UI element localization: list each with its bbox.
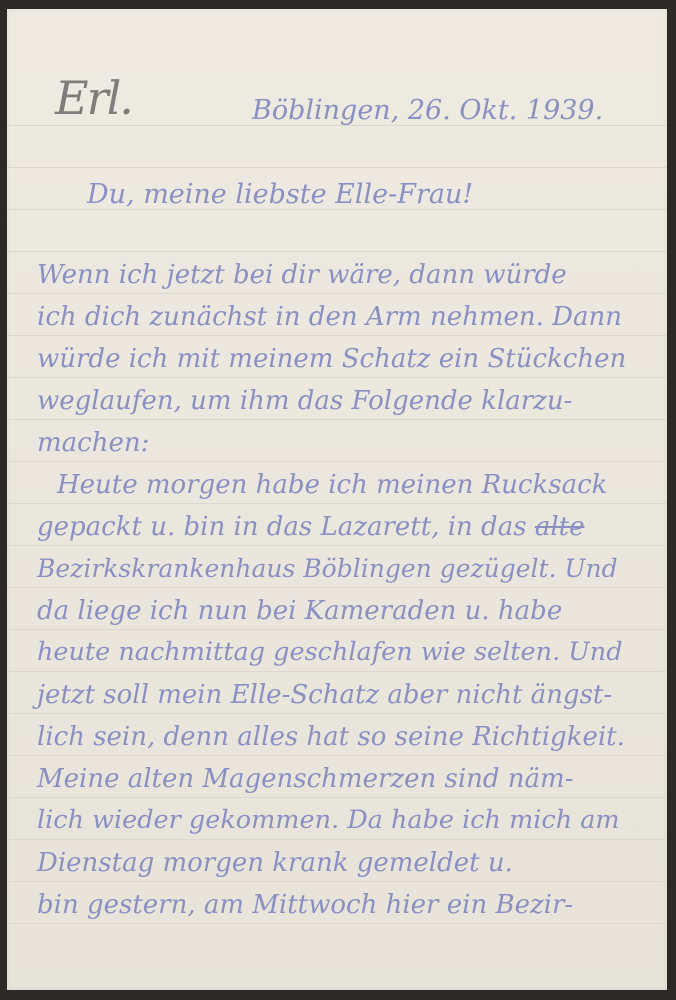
line-text: gepackt u. bin in das Lazarett, in das — [37, 512, 527, 542]
letter-line: da liege ich nun bei Kameraden u. habe — [37, 598, 562, 624]
struck-word: alte — [535, 512, 585, 542]
ruled-line — [7, 251, 667, 252]
ruled-line — [7, 167, 667, 168]
letter-line: machen: — [37, 430, 149, 456]
letter-page: Erl. Böblingen, 26. Okt. 1939. Du, meine… — [7, 9, 667, 990]
letter-line: Wenn ich jetzt bei dir wäre, dann würde — [37, 262, 567, 288]
ruled-line — [7, 461, 667, 462]
ruled-line — [7, 545, 667, 546]
ruled-line — [7, 839, 667, 840]
letter-line: lich sein, denn alles hat so seine Richt… — [37, 724, 625, 750]
ruled-line — [7, 713, 667, 714]
ruled-line — [7, 629, 667, 630]
ruled-line — [7, 503, 667, 504]
ruled-line — [7, 587, 667, 588]
letter-line: würde ich mit meinem Schatz ein Stückche… — [37, 346, 626, 372]
dateline: Böblingen, 26. Okt. 1939. — [252, 97, 603, 124]
letter-line: Heute morgen habe ich meinen Rucksack — [57, 472, 607, 498]
letter-line: Meine alten Magenschmerzen sind näm- — [37, 766, 574, 792]
pencil-annotation: Erl. — [55, 71, 132, 125]
ruled-line — [7, 755, 667, 756]
letter-line: weglaufen, um ihm das Folgende klarzu- — [37, 388, 572, 414]
letter-line: bin gestern, am Mittwoch hier ein Bezir- — [37, 892, 573, 918]
ruled-line — [7, 293, 667, 294]
letter-line: gepackt u. bin in das Lazarett, in das a… — [37, 514, 584, 540]
ruled-line — [7, 377, 667, 378]
greeting: Du, meine liebste Elle-Frau! — [87, 181, 473, 208]
letter-line: Dienstag morgen krank gemeldet u. — [37, 850, 513, 876]
ruled-line — [7, 671, 667, 672]
ruled-line — [7, 881, 667, 882]
letter-line: Bezirkskrankenhaus Böblingen gezügelt. U… — [37, 556, 618, 581]
letter-line: heute nachmittag geschlafen wie selten. … — [37, 640, 623, 666]
ruled-line — [7, 419, 667, 420]
ruled-line — [7, 797, 667, 798]
letter-line: lich wieder gekommen. Da habe ich mich a… — [37, 808, 620, 834]
letter-line: jetzt soll mein Elle-Schatz aber nicht ä… — [37, 682, 612, 708]
letter-line: ich dich zunächst in den Arm nehmen. Dan… — [37, 304, 622, 330]
ruled-line — [7, 923, 667, 924]
ruled-line — [7, 335, 667, 336]
